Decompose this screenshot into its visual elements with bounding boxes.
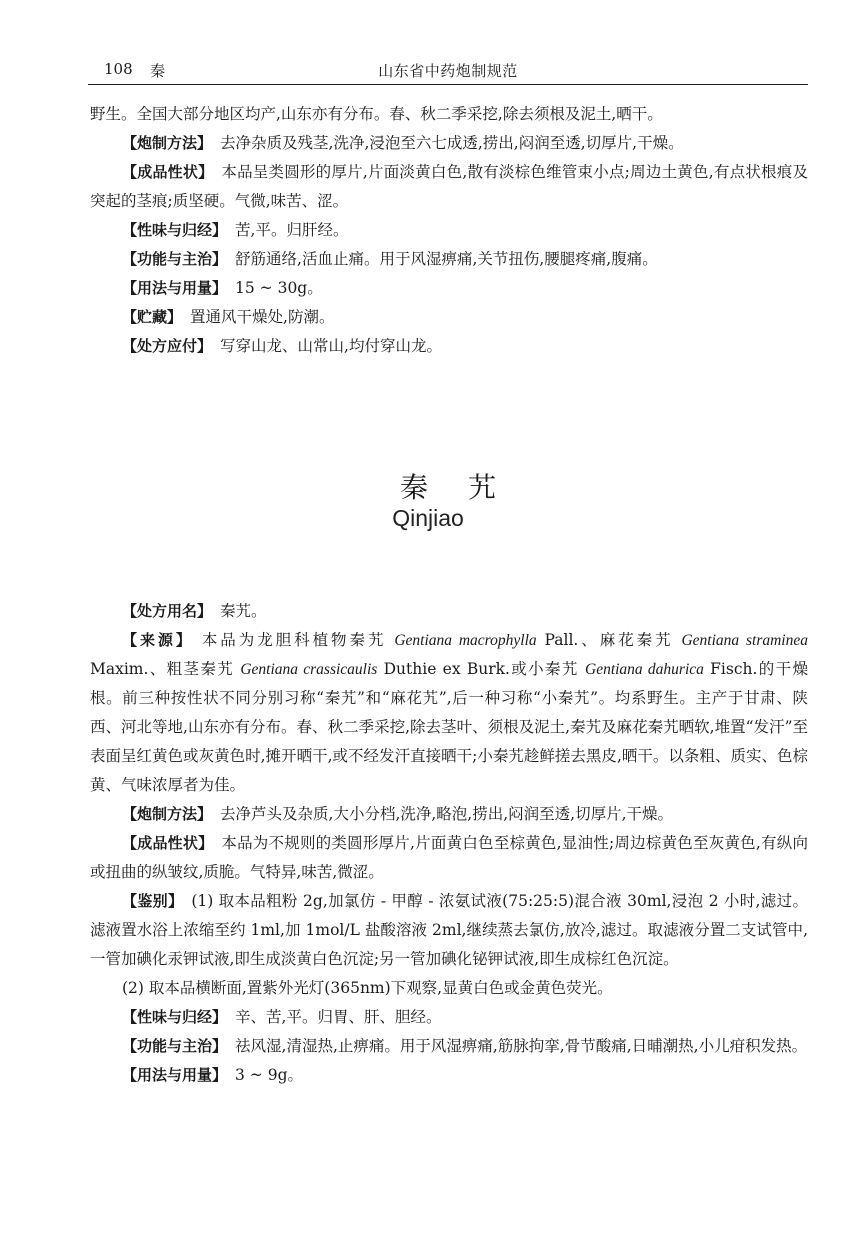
prescription-dispensing: 【处方应付】写穿山龙、山常山,均付穿山龙。 [90,332,808,361]
identification-2: (2) 取本品横断面,置紫外光灯(365nm)下观察,显黄白色或金黄色荧光。 [90,974,808,1003]
species-name: Gentiana dahurica [585,661,704,678]
species-name: Gentiana macrophylla [394,632,536,649]
nature-meridian: 【性味与归经】辛、苦,平。归胃、肝、胆经。 [90,1003,808,1032]
continuation-text: 野生。全国大部分地区均产,山东亦有分布。春、秋二季采挖,除去须根及泥土,晒干。 [90,100,808,129]
entry-title-pinyin: Qinjiao [0,505,856,532]
species-name: Gentiana straminea [681,632,808,649]
usage-dosage: 【用法与用量】3 ~ 9g。 [90,1061,808,1090]
section-previous-entry: 野生。全国大部分地区均产,山东亦有分布。春、秋二季采挖,除去须根及泥土,晒干。 … [90,100,808,361]
entry-title-chinese: 秦艽 [0,466,856,506]
processing-method: 【炮制方法】去净杂质及残茎,洗净,浸泡至六七成透,捞出,闷润至透,切厚片,干燥。 [90,129,808,158]
nature-meridian: 【性味与归经】苦,平。归肝经。 [90,216,808,245]
functions-indications: 【功能与主治】祛风湿,清湿热,止痹痛。用于风湿痹痛,筋脉拘挛,骨节酸痛,日晡潮热… [90,1032,808,1061]
processing-method: 【炮制方法】去净芦头及杂质,大小分档,洗净,略泡,捞出,闷润至透,切厚片,干燥。 [90,800,808,829]
book-title: 山东省中药炮制规范 [88,60,808,81]
running-header: 108 秦 山东省中药炮制规范 [88,58,808,85]
functions-indications: 【功能与主治】舒筋通络,活血止痛。用于风湿痹痛,关节扭伤,腰腿疼痛,腹痛。 [90,245,808,274]
species-name: Gentiana crassicaulis [240,661,377,678]
storage: 【贮藏】置通风干燥处,防潮。 [90,303,808,332]
product-characteristics: 【成品性状】本品为不规则的类圆形厚片,片面黄白色至棕黄色,显油性;周边棕黄色至灰… [90,829,808,887]
prescription-name: 【处方用名】秦艽。 [90,597,808,626]
product-characteristics: 【成品性状】本品呈类圆形的厚片,片面淡黄白色,散有淡棕色维管束小点;周边土黄色,… [90,158,808,216]
usage-dosage: 【用法与用量】15 ~ 30g。 [90,274,808,303]
section-qinjiao: 【处方用名】秦艽。 【来源】本品为龙胆科植物秦艽 Gentiana macrop… [90,597,808,1090]
identification: 【鉴别】(1) 取本品粗粉 2g,加氯仿 - 甲醇 - 浓氨试液(75:25:5… [90,887,808,974]
source: 【来源】本品为龙胆科植物秦艽 Gentiana macrophylla Pall… [90,626,808,800]
